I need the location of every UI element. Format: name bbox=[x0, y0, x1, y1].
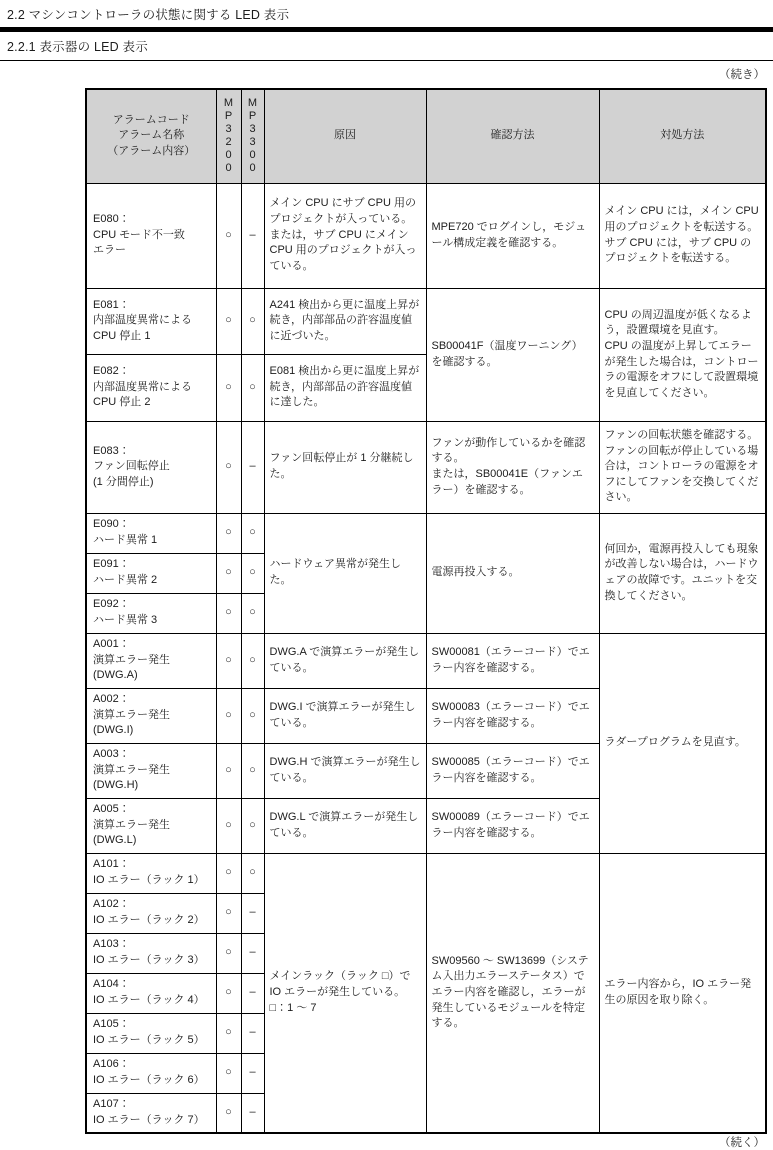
table-header-row: アラームコード アラーム名称 （アラーム内容） M P 3 2 0 0 M P … bbox=[86, 89, 766, 183]
mp3300-cell: ○ bbox=[241, 593, 264, 633]
continued-note-top: （続き） bbox=[719, 66, 765, 82]
alarm-code-cell: E081： 内部温度異常による CPU 停止 1 bbox=[86, 288, 216, 354]
check-cell: SW09560 ～ SW13699（システム入出力エラーステータス）でエラー内容… bbox=[426, 853, 599, 1133]
mp3300-cell: ○ bbox=[241, 743, 264, 798]
alarm-code-cell: A105： IO エラー（ラック 5） bbox=[86, 1013, 216, 1053]
header-mp3300: M P 3 3 0 0 bbox=[241, 89, 264, 183]
alarm-code-cell: E083： ファン回転停止 (1 分間停止) bbox=[86, 421, 216, 513]
alarm-code-cell: A001： 演算エラー発生 (DWG.A) bbox=[86, 633, 216, 688]
table-row: E081： 内部温度異常による CPU 停止 1 ○ ○ A241 検出から更に… bbox=[86, 288, 766, 354]
alarm-code-cell: E092： ハード異常 3 bbox=[86, 593, 216, 633]
mp3200-cell: ○ bbox=[216, 743, 241, 798]
alarm-code-cell: E080： CPU モード不一致 エラー bbox=[86, 183, 216, 288]
mp3200-cell: ○ bbox=[216, 633, 241, 688]
fix-cell: ラダープログラムを見直す。 bbox=[599, 633, 766, 853]
mp3200-cell: ○ bbox=[216, 933, 241, 973]
table-row: A101： IO エラー（ラック 1） ○ ○ メインラック（ラック □）で I… bbox=[86, 853, 766, 893]
cause-cell: メイン CPU にサブ CPU 用のプロジェクトが入っている。 または，サブ C… bbox=[264, 183, 426, 288]
mp3200-cell: ○ bbox=[216, 893, 241, 933]
mp3300-cell: ○ bbox=[241, 288, 264, 354]
mp3300-cell: – bbox=[241, 1013, 264, 1053]
mp3200-cell: ○ bbox=[216, 1013, 241, 1053]
mp3200-cell: ○ bbox=[216, 354, 241, 421]
continued-note-bottom: （続く） bbox=[719, 1134, 765, 1150]
alarm-code-cell: A005： 演算エラー発生 (DWG.L) bbox=[86, 798, 216, 853]
subsection-divider-thin bbox=[0, 60, 773, 61]
alarm-code-cell: A003： 演算エラー発生 (DWG.H) bbox=[86, 743, 216, 798]
mp3300-cell: ○ bbox=[241, 553, 264, 593]
mp3200-cell: ○ bbox=[216, 288, 241, 354]
mp3300-cell: – bbox=[241, 1093, 264, 1133]
cause-cell: DWG.I で演算エラーが発生している。 bbox=[264, 688, 426, 743]
table-row: E090： ハード異常 1 ○ ○ ハードウェア異常が発生した。 電源再投入する… bbox=[86, 513, 766, 553]
cause-cell: ハードウェア異常が発生した。 bbox=[264, 513, 426, 633]
mp3300-cell: – bbox=[241, 933, 264, 973]
fix-cell: 何回か，電源再投入しても現象が改善しない場合は，ハードウェアの故障です。ユニット… bbox=[599, 513, 766, 633]
check-cell: SW00085（エラーコード）でエラー内容を確認する。 bbox=[426, 743, 599, 798]
mp3200-cell: ○ bbox=[216, 1053, 241, 1093]
mp3300-cell: ○ bbox=[241, 354, 264, 421]
mp3300-cell: – bbox=[241, 973, 264, 1013]
check-cell: ファンが動作しているかを確認する。 または，SB00041E（ファンエラー）を確… bbox=[426, 421, 599, 513]
mp3200-cell: ○ bbox=[216, 688, 241, 743]
mp3300-cell: – bbox=[241, 1053, 264, 1093]
alarm-code-cell: A107： IO エラー（ラック 7） bbox=[86, 1093, 216, 1133]
mp3200-cell: ○ bbox=[216, 1093, 241, 1133]
alarm-code-cell: A002： 演算エラー発生 (DWG.I) bbox=[86, 688, 216, 743]
mp3200-cell: ○ bbox=[216, 183, 241, 288]
manual-page: { "page": { "section_title": "2.2 マシンコント… bbox=[0, 0, 773, 1150]
cause-cell: DWG.L で演算エラーが発生している。 bbox=[264, 798, 426, 853]
fix-cell: CPU の周辺温度が低くなるよう，設置環境を見直す。 CPU の温度が上昇してエ… bbox=[599, 288, 766, 421]
mp3200-cell: ○ bbox=[216, 798, 241, 853]
fix-cell: ファンの回転状態を確認する。 ファンの回転が停止している場合は，コントローラの電… bbox=[599, 421, 766, 513]
cause-cell: ファン回転停止が 1 分継続した。 bbox=[264, 421, 426, 513]
section-title: 2.2 マシンコントローラの状態に関する LED 表示 bbox=[0, 0, 773, 23]
mp3200-cell: ○ bbox=[216, 593, 241, 633]
table-row: E083： ファン回転停止 (1 分間停止) ○ – ファン回転停止が 1 分継… bbox=[86, 421, 766, 513]
mp3200-cell: ○ bbox=[216, 973, 241, 1013]
mp3200-cell: ○ bbox=[216, 513, 241, 553]
alarm-code-cell: A102： IO エラー（ラック 2） bbox=[86, 893, 216, 933]
fix-cell: メイン CPU には，メイン CPU 用のプロジェクトを転送する。サブ CPU … bbox=[599, 183, 766, 288]
alarm-code-cell: A104： IO エラー（ラック 4） bbox=[86, 973, 216, 1013]
header-alarm-code: アラームコード アラーム名称 （アラーム内容） bbox=[86, 89, 216, 183]
check-cell: SW00083（エラーコード）でエラー内容を確認する。 bbox=[426, 688, 599, 743]
alarm-code-cell: E082： 内部温度異常による CPU 停止 2 bbox=[86, 354, 216, 421]
cause-cell: DWG.A で演算エラーが発生している。 bbox=[264, 633, 426, 688]
subsection-title: 2.2.1 表示器の LED 表示 bbox=[0, 32, 773, 55]
table-row: A001： 演算エラー発生 (DWG.A) ○ ○ DWG.A で演算エラーが発… bbox=[86, 633, 766, 688]
mp3300-cell: ○ bbox=[241, 513, 264, 553]
alarm-code-cell: A103： IO エラー（ラック 3） bbox=[86, 933, 216, 973]
cause-cell: メインラック（ラック □）で IO エラーが発生している。 □：1 ～ 7 bbox=[264, 853, 426, 1133]
check-cell: MPE720 でログインし，モジュール構成定義を確認する。 bbox=[426, 183, 599, 288]
mp3300-cell: ○ bbox=[241, 688, 264, 743]
header-cause: 原因 bbox=[264, 89, 426, 183]
mp3200-cell: ○ bbox=[216, 421, 241, 513]
mp3200-cell: ○ bbox=[216, 553, 241, 593]
header-fix: 対処方法 bbox=[599, 89, 766, 183]
mp3300-cell: ○ bbox=[241, 633, 264, 688]
check-cell: SB00041F（温度ワーニング）を確認する。 bbox=[426, 288, 599, 421]
header-mp3200: M P 3 2 0 0 bbox=[216, 89, 241, 183]
cause-cell: E081 検出から更に温度上昇が続き，内部部品の許容温度値に達した。 bbox=[264, 354, 426, 421]
check-cell: SW00081（エラーコード）でエラー内容を確認する。 bbox=[426, 633, 599, 688]
mp3300-cell: – bbox=[241, 421, 264, 513]
fix-cell: エラー内容から，IO エラー発生の原因を取り除く。 bbox=[599, 853, 766, 1133]
table-row: E080： CPU モード不一致 エラー ○ – メイン CPU にサブ CPU… bbox=[86, 183, 766, 288]
mp3300-cell: – bbox=[241, 893, 264, 933]
check-cell: SW00089（エラーコード）でエラー内容を確認する。 bbox=[426, 798, 599, 853]
alarm-table: アラームコード アラーム名称 （アラーム内容） M P 3 2 0 0 M P … bbox=[85, 88, 767, 1134]
cause-cell: DWG.H で演算エラーが発生している。 bbox=[264, 743, 426, 798]
mp3300-cell: ○ bbox=[241, 798, 264, 853]
mp3200-cell: ○ bbox=[216, 853, 241, 893]
alarm-code-cell: A101： IO エラー（ラック 1） bbox=[86, 853, 216, 893]
check-cell: 電源再投入する。 bbox=[426, 513, 599, 633]
alarm-code-cell: E091： ハード異常 2 bbox=[86, 553, 216, 593]
alarm-code-cell: E090： ハード異常 1 bbox=[86, 513, 216, 553]
mp3300-cell: – bbox=[241, 183, 264, 288]
alarm-code-cell: A106： IO エラー（ラック 6） bbox=[86, 1053, 216, 1093]
cause-cell: A241 検出から更に温度上昇が続き，内部部品の許容温度値に近づいた。 bbox=[264, 288, 426, 354]
mp3300-cell: ○ bbox=[241, 853, 264, 893]
header-check: 確認方法 bbox=[426, 89, 599, 183]
